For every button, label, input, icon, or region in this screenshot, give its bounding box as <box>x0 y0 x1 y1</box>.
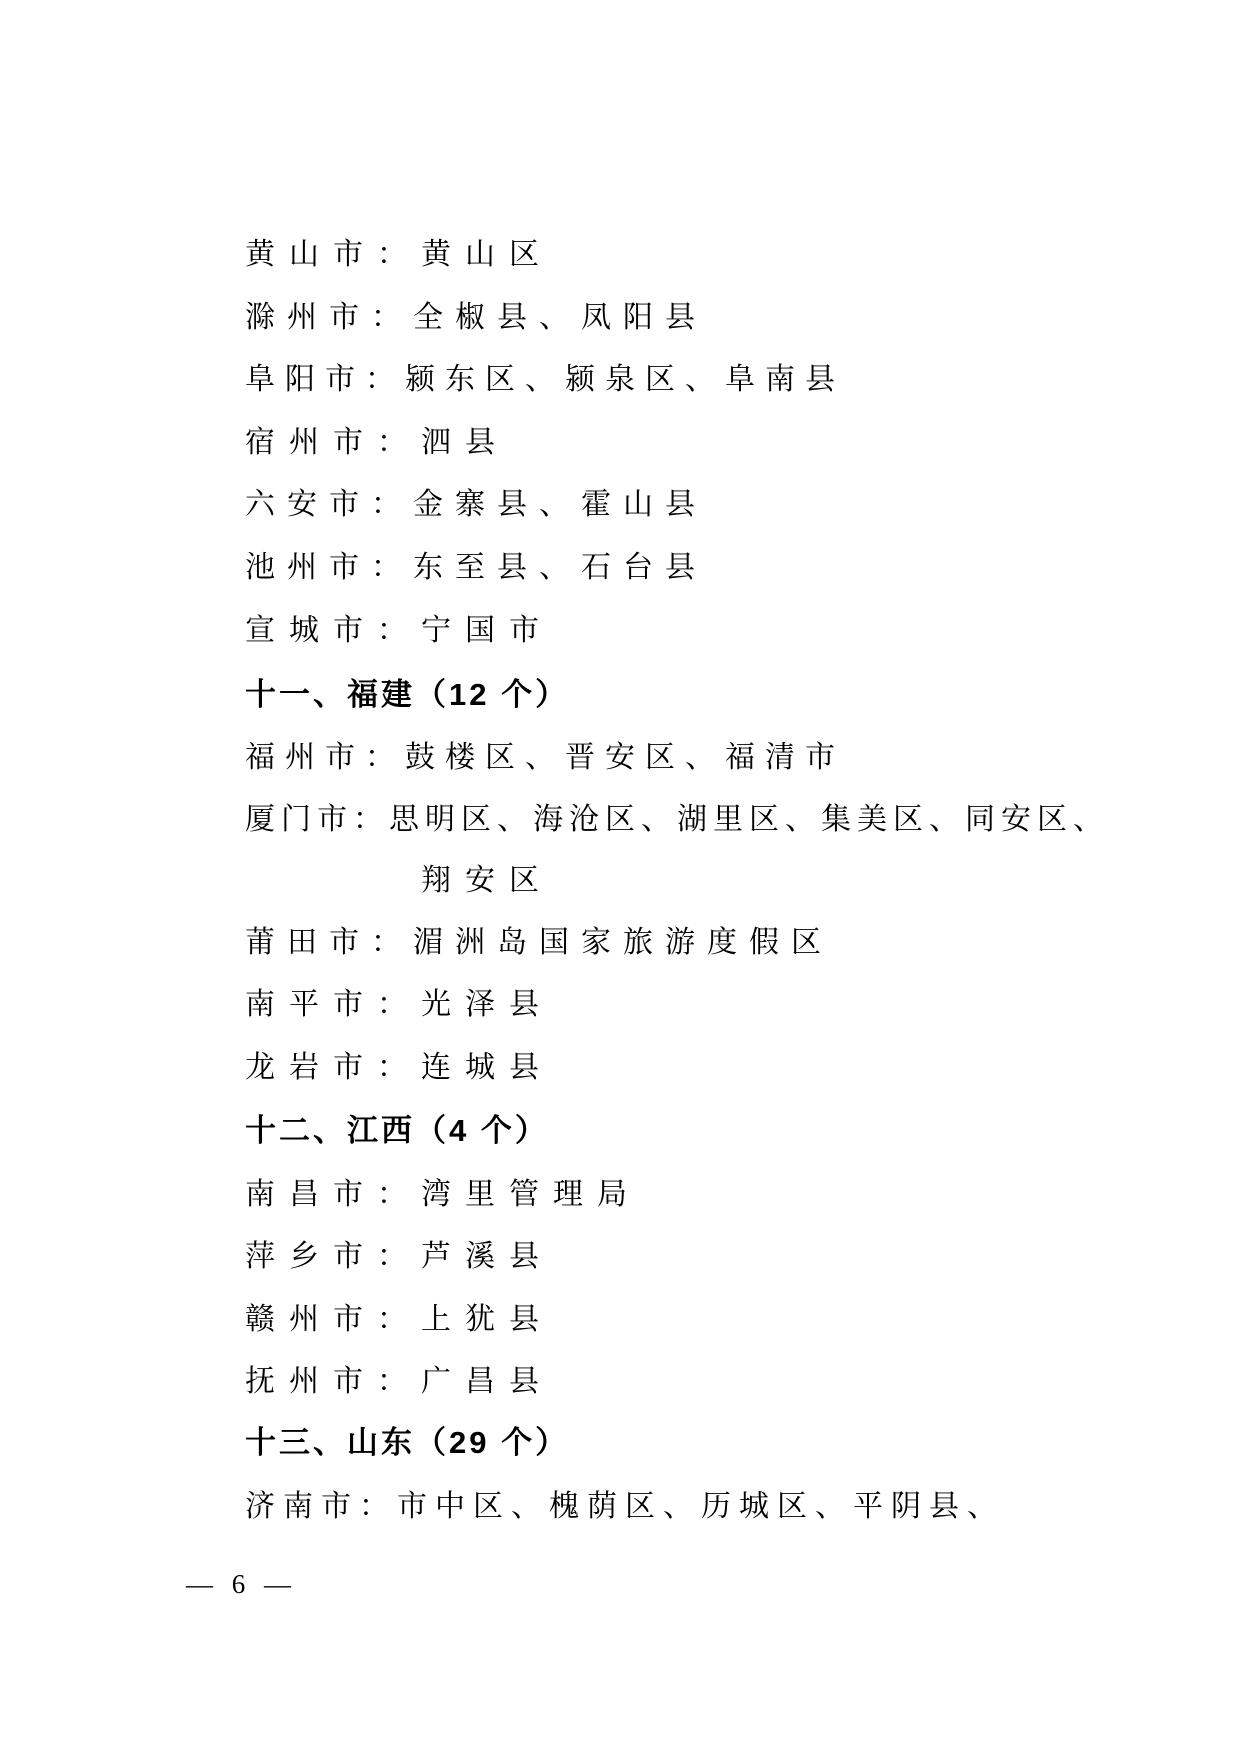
entry-line-nanchang: 南昌市：湾里管理局 <box>245 1172 641 1218</box>
entry-line-pingxiang: 萍乡市：芦溪县 <box>245 1234 553 1280</box>
entry-line-nanping: 南平市：光泽县 <box>245 982 553 1028</box>
entry-line-huangshan: 黄山市：黄山区 <box>245 232 553 278</box>
entry-line-suzhou: 宿州市：泗县 <box>245 420 509 466</box>
section-heading-jiangxi: 十二、江西（4 个） <box>245 1108 549 1154</box>
entry-line-xiamen-continuation: 翔安区 <box>421 858 553 904</box>
page-number: — 6 — <box>186 1568 297 1600</box>
entry-line-longyan: 龙岩市：连城县 <box>245 1045 553 1091</box>
entry-line-xuancheng: 宣城市：宁国市 <box>245 608 553 654</box>
entry-line-fuzhou-jx: 抚州市：广昌县 <box>245 1359 553 1405</box>
entry-line-jinan: 济南市：市中区、槐荫区、历城区、平阴县、 <box>245 1484 1005 1530</box>
entry-line-fuzhou: 福州市：鼓楼区、晋安区、福清市 <box>245 735 845 781</box>
entry-line-fuyang: 阜阳市：颍东区、颍泉区、阜南县 <box>245 357 845 403</box>
entry-line-chizhou: 池州市：东至县、石台县 <box>245 545 707 591</box>
section-heading-fujian: 十一、福建（12 个） <box>245 672 569 718</box>
document-page: 黄山市：黄山区 滁州市：全椒县、凤阳县 阜阳市：颍东区、颍泉区、阜南县 宿州市：… <box>0 0 1241 1754</box>
entry-line-luan: 六安市：金寨县、霍山县 <box>245 482 707 528</box>
entry-line-putian: 莆田市：湄洲岛国家旅游度假区 <box>245 920 833 966</box>
entry-line-xiamen: 厦门市：思明区、海沧区、湖里区、集美区、同安区、 <box>245 797 1109 843</box>
entry-line-ganzhou: 赣州市：上犹县 <box>245 1297 553 1343</box>
section-heading-shandong: 十三、山东（29 个） <box>245 1420 569 1466</box>
entry-line-chuzhou: 滁州市：全椒县、凤阳县 <box>245 295 707 341</box>
